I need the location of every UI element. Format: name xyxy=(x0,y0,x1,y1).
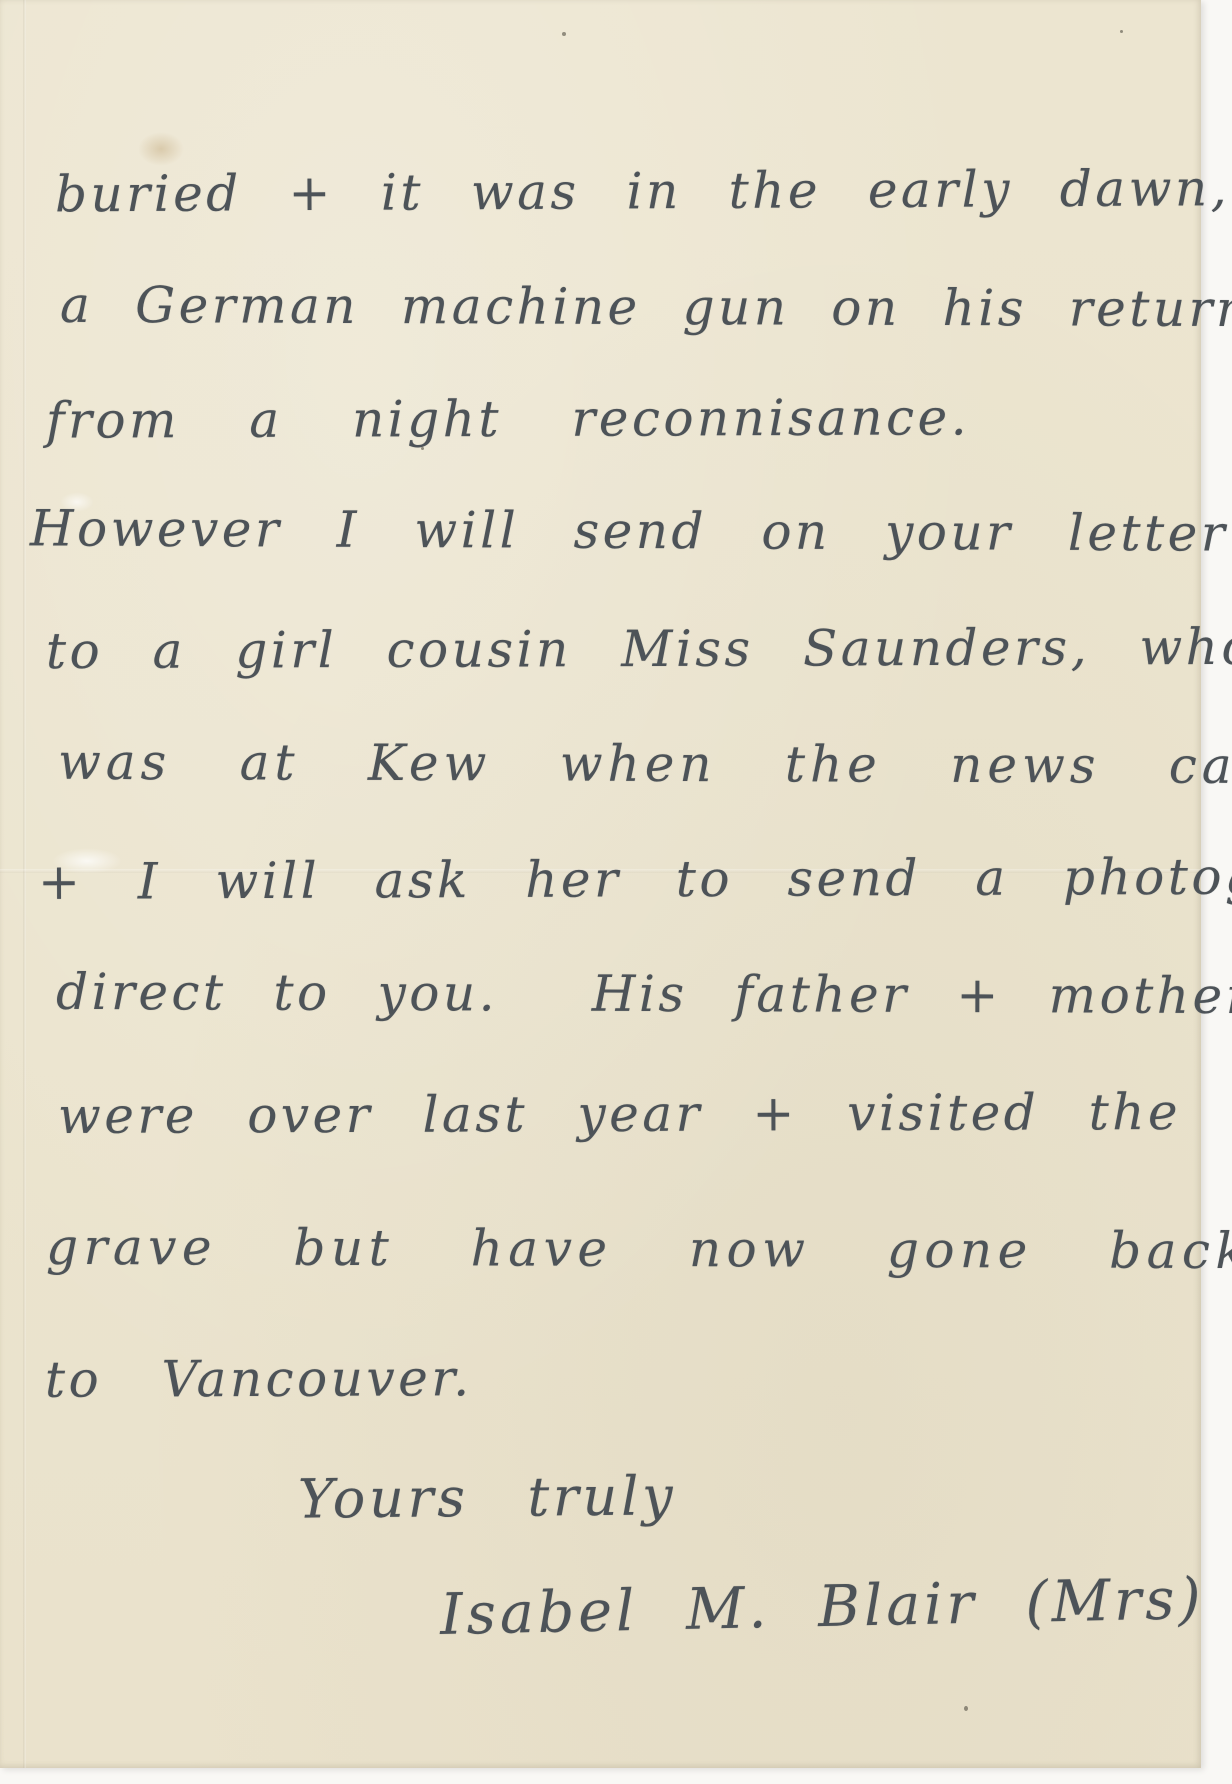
letter-line: a German machine gun on his return xyxy=(60,278,1232,337)
letter-line: buried + it was in the early dawn, by xyxy=(55,161,1232,223)
letter-paper: buried + it was in the early dawn, by a … xyxy=(0,0,1201,1768)
letter-line: + I will ask her to send a photograph xyxy=(38,849,1232,910)
letter-line: were over last year + visited the xyxy=(58,1085,1181,1144)
paper-speck xyxy=(964,1706,968,1711)
letter-line: to Vancouver. xyxy=(45,1351,473,1407)
letter-line: grave but have now gone back xyxy=(46,1220,1232,1279)
letter-line: from a night reconnisance. xyxy=(46,390,970,448)
paper-stain xyxy=(138,132,184,166)
letter-line: However I will send on your letter xyxy=(30,501,1228,561)
signature-line: Isabel M. Blair (Mrs) xyxy=(439,1568,1205,1647)
closing-line: Yours truly xyxy=(298,1466,677,1529)
fold-crease-vertical xyxy=(23,0,26,1768)
letter-line: was at Kew when the news came xyxy=(58,735,1232,794)
paper-speck xyxy=(562,32,566,36)
scanned-letter-screenshot: { "palette": { "paper": "#ece5d0", "ink"… xyxy=(0,0,1232,1784)
letter-line: direct to you. His father + mother xyxy=(56,965,1232,1024)
letter-line: to a girl cousin Miss Saunders, who xyxy=(46,620,1232,679)
paper-speck xyxy=(1120,30,1123,33)
